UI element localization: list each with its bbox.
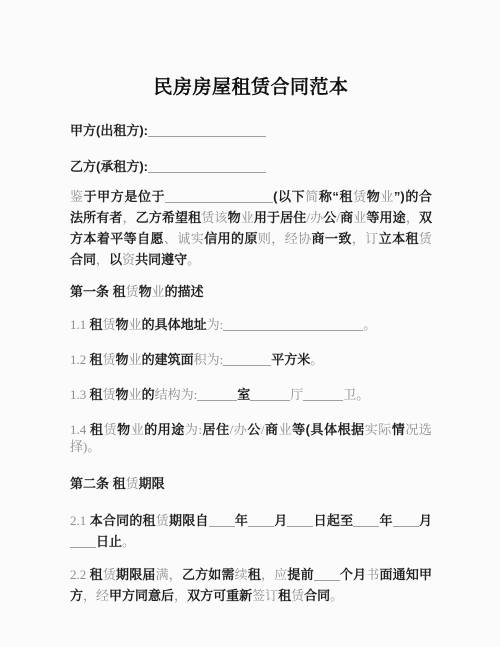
text-run: 业 <box>380 189 394 204</box>
text-run: 简 <box>305 189 319 204</box>
text-run: 本合同的租 <box>90 513 156 528</box>
text-run: 1.2 <box>70 352 90 367</box>
text-run: 物 <box>139 284 152 299</box>
contract-document: 民房房屋租赁合同范本 甲方(出租方): 乙方(承租方): 鉴于甲方是位于(以下简… <box>0 0 500 647</box>
text-run: 甲方(出租方): <box>70 123 148 138</box>
text-run: 厅 <box>290 387 303 402</box>
text-run: 乙方如需 <box>182 567 235 582</box>
text-run: 个月 <box>340 567 367 582</box>
text-run: 租 <box>248 567 261 582</box>
text-run: 赁 <box>126 284 139 299</box>
text-run: 月 <box>274 513 287 528</box>
text-run: 况 <box>405 422 419 437</box>
text-run: 书 <box>366 567 379 582</box>
text-run: 积为: <box>194 352 224 367</box>
text-run: 年 <box>235 513 248 528</box>
blank-underline <box>148 160 266 173</box>
text-run: 赁 <box>103 567 116 582</box>
clause-2-1: 2.1 本合同的租赁期限自年月日起至年月日止。 <box>70 510 432 552</box>
text-run: ，经 <box>83 588 109 603</box>
text-run: 赁 <box>104 422 118 437</box>
text-run: 实际 <box>365 422 392 437</box>
text-run: 签订 <box>252 588 278 603</box>
text-run: 业 <box>129 387 142 402</box>
text-run: 公 <box>323 210 336 225</box>
text-run: 办 <box>233 422 247 437</box>
text-run: 业 <box>353 210 366 225</box>
text-run: 物 <box>228 210 241 225</box>
blank-underline <box>148 124 266 137</box>
text-run: 期限自 <box>169 513 209 528</box>
text-run: 年 <box>379 513 392 528</box>
blank-underline <box>303 388 343 401</box>
text-run: 租 <box>90 567 103 582</box>
text-run: 为: <box>207 317 224 332</box>
blank-underline <box>70 535 96 548</box>
text-run: 乙方(承租方): <box>70 159 148 174</box>
text-run: 第一条 租 <box>70 284 126 299</box>
text-run: 赁 <box>103 387 116 402</box>
text-run: 物 <box>117 422 131 437</box>
text-run: 乙方希望租 <box>136 210 202 225</box>
text-run: ，应 <box>261 567 287 582</box>
text-run: 2.1 <box>70 513 90 528</box>
text-run: 1.3 <box>70 387 90 402</box>
text-run: 的用途 <box>144 422 185 437</box>
text-run: 业 <box>241 210 254 225</box>
text-run: 双方可重新 <box>187 588 252 603</box>
blank-underline <box>393 514 419 527</box>
text-run: 日起至 <box>313 513 353 528</box>
text-run: ，订 <box>352 231 379 246</box>
text-run: 物 <box>116 317 129 332</box>
text-run: 业 <box>129 317 142 332</box>
blank-underline <box>250 388 290 401</box>
text-run: 鉴 <box>70 189 84 204</box>
text-run: 业 <box>279 422 293 437</box>
text-run: 。 <box>122 534 135 549</box>
text-run: 期限届 <box>116 567 156 582</box>
text-run: )。 <box>83 439 100 454</box>
text-run: 租 <box>278 588 291 603</box>
text-run: 室 <box>237 387 250 402</box>
text-run: 第二条 租 <box>70 476 126 491</box>
text-run: ， <box>406 210 419 225</box>
blank-underline <box>287 514 313 527</box>
text-run: 平方米 <box>271 352 310 367</box>
text-run: 称“租 <box>319 189 353 204</box>
text-run: 赁该 <box>201 210 227 225</box>
text-run: 以 <box>109 252 122 267</box>
party-b-line: 乙方(承租方): <box>70 158 432 175</box>
text-run: 赁 <box>291 588 304 603</box>
blank-underline <box>165 190 273 203</box>
blank-underline <box>353 514 379 527</box>
text-run: 诚实 <box>177 231 204 246</box>
text-run: 1.4 <box>70 422 90 437</box>
text-run: 商 <box>265 422 279 437</box>
clause-1-4: 1.4 租赁物业的用途为:居住/办公/商业等(具体根据实际情况选择)。 <box>70 421 432 455</box>
text-run: 赁 <box>353 189 367 204</box>
text-run: 物 <box>116 352 129 367</box>
text-run: 为: <box>185 422 202 437</box>
clause-1-2: 1.2 租赁物业的建筑面积为:平方米。 <box>70 351 432 368</box>
text-run: 物 <box>367 189 381 204</box>
text-run: 商一致 <box>312 231 352 246</box>
text-run: 信用的原 <box>204 231 258 246</box>
clause-1-3: 1.3 租赁物业的结构为:室厅卫。 <box>70 386 432 403</box>
text-run: 立本租 <box>379 231 419 246</box>
text-run: 租 <box>90 352 103 367</box>
clause-2-2: 2.2 租赁期限届满，乙方如需续租，应提前个月书面通知甲方，经甲方同意后，双方可… <box>70 564 432 606</box>
text-run: 期限 <box>139 476 165 491</box>
text-run: ， <box>174 588 187 603</box>
text-run: 等(具体根据 <box>292 422 365 437</box>
text-run: 则 <box>258 231 271 246</box>
text-run: 共同遵守 <box>135 252 187 267</box>
text-run: 合同 <box>304 588 330 603</box>
text-run: 租 <box>90 387 103 402</box>
text-run: ， <box>96 252 109 267</box>
text-run: 赁 <box>419 231 432 246</box>
blank-underline <box>209 514 235 527</box>
text-run: 等用途 <box>366 210 405 225</box>
text-run: 赁 <box>126 476 139 491</box>
party-a-line: 甲方(出租方): <box>70 122 432 139</box>
text-run: 。 <box>187 252 200 267</box>
text-run: 办 <box>310 210 323 225</box>
text-run: 续 <box>235 567 248 582</box>
text-run: 满 <box>156 567 169 582</box>
text-run: 结构为: <box>155 387 198 402</box>
blank-underline <box>197 388 237 401</box>
text-run: 日止 <box>96 534 122 549</box>
blank-underline <box>314 568 340 581</box>
text-run: 物 <box>116 387 129 402</box>
text-run: (以下 <box>273 189 305 204</box>
text-run: 卫 <box>343 387 356 402</box>
text-run: 赁 <box>103 352 116 367</box>
text-run: 赁 <box>103 317 116 332</box>
text-run: 。 <box>363 317 376 332</box>
text-run: 用于居住 <box>254 210 307 225</box>
preamble-paragraph: 鉴于甲方是位于(以下简称“租赁物业”)的合法所有者，乙方希望租赁该物业用于居住/… <box>70 186 432 270</box>
text-run: 。 <box>310 352 323 367</box>
section-1-heading: 第一条 租赁物业的描述 <box>70 283 432 300</box>
clause-1-1: 1.1 租赁物业的具体地址为:。 <box>70 316 432 333</box>
blank-underline <box>223 318 363 331</box>
text-run: 公 <box>247 422 261 437</box>
text-run: 月 <box>419 513 432 528</box>
text-run: 租 <box>90 317 103 332</box>
text-run: 、 <box>164 231 177 246</box>
text-run: 业 <box>152 284 165 299</box>
text-run: 2.2 <box>70 567 90 582</box>
text-run: 提前 <box>287 567 313 582</box>
text-run: ， <box>169 567 182 582</box>
text-run: 甲方同意后 <box>109 588 174 603</box>
text-run: 商 <box>340 210 353 225</box>
blank-underline <box>248 514 274 527</box>
text-run: 的 <box>142 387 155 402</box>
text-run: 。 <box>330 588 343 603</box>
text-run: 的建筑面 <box>142 352 194 367</box>
text-run: 于甲方是位于 <box>84 189 166 204</box>
text-run: 居住 <box>202 422 230 437</box>
text-run: 1.1 <box>70 317 90 332</box>
text-run: 合同 <box>70 252 96 267</box>
text-run: 租 <box>90 422 104 437</box>
document-title: 民房房屋租赁合同范本 <box>70 77 432 99</box>
blank-underline <box>223 353 271 366</box>
section-2-heading: 第二条 租赁期限 <box>70 475 432 492</box>
text-run: 的描述 <box>165 284 204 299</box>
text-run: 业 <box>131 422 145 437</box>
text-run: 资 <box>122 252 135 267</box>
text-run: 情 <box>392 422 406 437</box>
text-run: 的具体地址 <box>142 317 207 332</box>
text-run: ，经协 <box>271 231 311 246</box>
text-run: 赁 <box>156 513 169 528</box>
text-run: 。 <box>356 387 369 402</box>
text-run: ， <box>123 210 136 225</box>
text-run: 业 <box>129 352 142 367</box>
